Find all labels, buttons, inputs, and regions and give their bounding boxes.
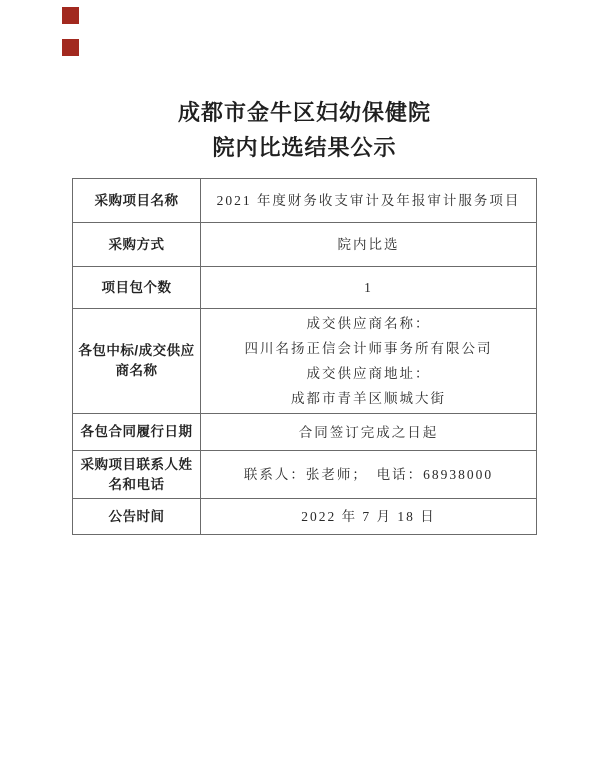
row-value: 合同签订完成之日起 (201, 414, 537, 451)
result-table: 采购项目名称2021 年度财务收支审计及年报审计服务项目采购方式院内比选项目包个… (72, 178, 537, 535)
value-line: 2021 年度财务收支审计及年报审计服务项目 (207, 188, 530, 213)
row-value: 2021 年度财务收支审计及年报审计服务项目 (201, 179, 537, 223)
page-title: 成都市金牛区妇幼保健院 院内比选结果公示 (72, 95, 537, 165)
red-square-marker-bottom (62, 39, 79, 56)
row-label: 采购项目联系人姓名和电话 (73, 451, 201, 499)
table-row: 采购项目联系人姓名和电话联系人：张老师； 电话：68938000 (73, 451, 537, 499)
row-label: 公告时间 (73, 499, 201, 535)
value-line: 成交供应商名称： (207, 311, 530, 336)
table-row: 采购方式院内比选 (73, 223, 537, 267)
row-value: 成交供应商名称：四川名扬正信会计师事务所有限公司成交供应商地址：成都市青羊区顺城… (201, 309, 537, 414)
table-row: 项目包个数1 (73, 267, 537, 309)
row-value: 院内比选 (201, 223, 537, 267)
table-row: 各包中标/成交供应商名称成交供应商名称：四川名扬正信会计师事务所有限公司成交供应… (73, 309, 537, 414)
value-line: 合同签订完成之日起 (207, 420, 530, 445)
table-row: 各包合同履行日期合同签订完成之日起 (73, 414, 537, 451)
row-value: 联系人：张老师； 电话：68938000 (201, 451, 537, 499)
row-label: 采购项目名称 (73, 179, 201, 223)
value-line: 1 (207, 275, 530, 300)
row-value: 1 (201, 267, 537, 309)
value-line: 成都市青羊区顺城大街 (207, 386, 530, 411)
row-label: 各包合同履行日期 (73, 414, 201, 451)
row-label: 采购方式 (73, 223, 201, 267)
table-row: 采购项目名称2021 年度财务收支审计及年报审计服务项目 (73, 179, 537, 223)
value-line: 成交供应商地址： (207, 361, 530, 386)
value-line: 联系人：张老师； 电话：68938000 (207, 462, 530, 487)
value-line: 四川名扬正信会计师事务所有限公司 (207, 336, 530, 361)
document-page: 成都市金牛区妇幼保健院 院内比选结果公示 采购项目名称2021 年度财务收支审计… (0, 0, 613, 774)
table-row: 公告时间2022 年 7 月 18 日 (73, 499, 537, 535)
title-line-1: 成都市金牛区妇幼保健院 (72, 95, 537, 130)
red-square-marker-top (62, 7, 79, 24)
row-label: 项目包个数 (73, 267, 201, 309)
value-line: 院内比选 (207, 232, 530, 257)
row-value: 2022 年 7 月 18 日 (201, 499, 537, 535)
value-line: 2022 年 7 月 18 日 (207, 504, 530, 529)
title-line-2: 院内比选结果公示 (72, 130, 537, 165)
row-label: 各包中标/成交供应商名称 (73, 309, 201, 414)
